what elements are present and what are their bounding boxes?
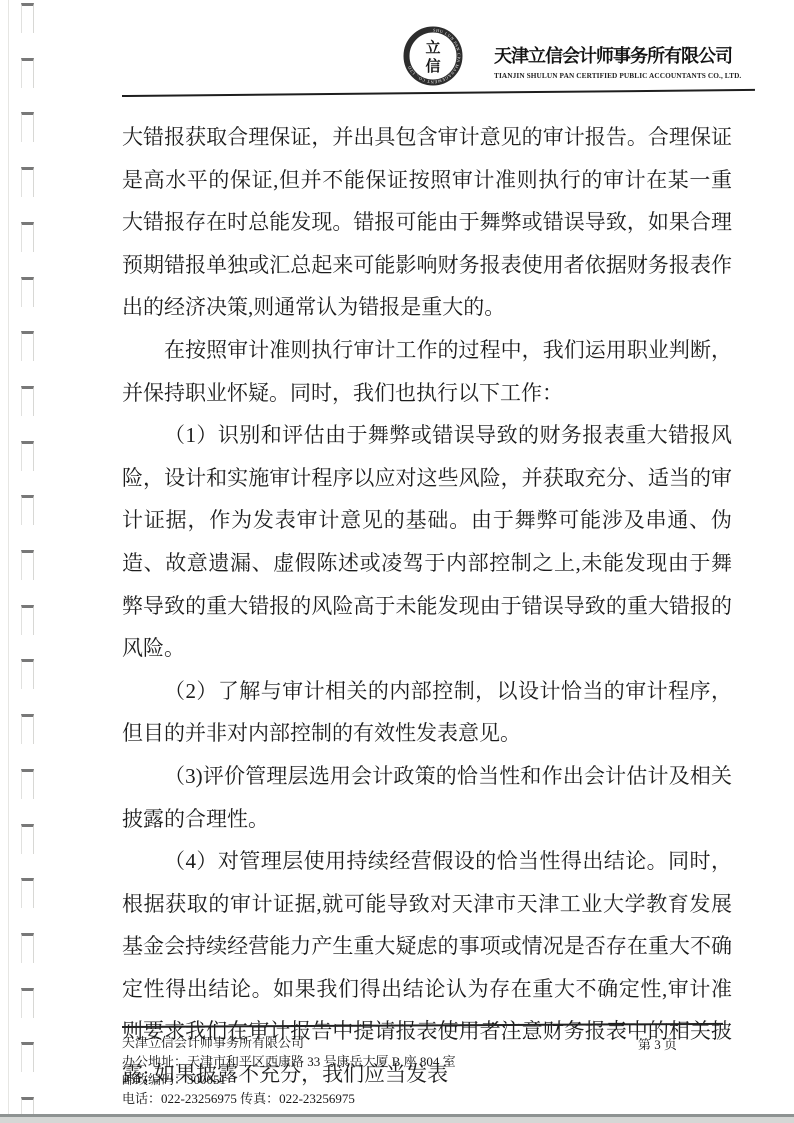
- page-number: 第 3 页: [638, 1034, 677, 1053]
- footer-company: 天津立信会计师事务所有限公司: [122, 1034, 642, 1053]
- paragraph-reasonable-assurance: 大错报获取合理保证，并出具包含审计意见的审计报告。合理保证是高水平的保证,但并不…: [122, 116, 732, 329]
- binding-mark: [21, 222, 34, 252]
- letterhead: 天津立信会计师事务所有限公司 TIANJIN SHULUN PAN CERTIF…: [494, 42, 716, 80]
- binding-mark: [21, 331, 34, 361]
- footer-postal-code: 邮政编码：300051: [122, 1071, 642, 1090]
- scan-bottom-shade: [0, 1117, 794, 1123]
- binding-mark: [21, 1042, 34, 1072]
- scanned-document-page: SHU LUN PAN CPA MANAGEMENT CO., LTD 立 信 …: [0, 0, 794, 1123]
- paragraph-item-2: （2）了解与审计相关的内部控制，以设计恰当的审计程序，但目的并非对内部控制的有效…: [122, 670, 732, 755]
- page-edge-shadow: [8, 0, 9, 1114]
- paragraph-professional-judgment: 在按照审计准则执行审计工作的过程中，我们运用职业判断，并保持职业怀疑。同时，我们…: [122, 329, 732, 414]
- binding-mark: [21, 3, 34, 33]
- binding-mark: [21, 988, 34, 1018]
- binding-mark: [21, 277, 34, 307]
- binding-mark: [21, 659, 34, 689]
- binding-mark: [21, 714, 34, 744]
- seal-char-bottom: 信: [425, 57, 440, 75]
- footer-contact-block: 天津立信会计师事务所有限公司 办公地址：天津市和平区西康路 33 号康岳大厦 B…: [122, 1034, 642, 1108]
- binding-mark: [21, 605, 34, 635]
- binding-mark: [21, 495, 34, 525]
- seal-char-top: 立: [425, 39, 440, 57]
- binding-mark: [21, 878, 34, 908]
- binding-mark: [21, 386, 34, 416]
- binding-mark: [21, 769, 34, 799]
- company-seal-icon: SHU LUN PAN CPA MANAGEMENT CO., LTD 立 信: [403, 26, 463, 86]
- binding-mark: [21, 112, 34, 142]
- header-rule: [122, 89, 755, 97]
- footer-address: 办公地址：天津市和平区西康路 33 号康岳大厦 B 座 804 室: [122, 1053, 642, 1072]
- binding-mark: [21, 824, 34, 854]
- paragraph-item-1: （1）识别和评估由于舞弊或错误导致的财务报表重大错报风险，设计和实施审计程序以应…: [122, 414, 732, 670]
- binding-mark: [21, 167, 34, 197]
- footer-phone-fax: 电话：022-23256975 传真：022-23256975: [122, 1090, 642, 1109]
- company-name-en: TIANJIN SHULUN PAN CERTIFIED PUBLIC ACCO…: [494, 71, 716, 80]
- binding-mark: [21, 550, 34, 580]
- paragraph-item-3: （3)评价管理层选用会计政策的恰当性和作出会计估计及相关披露的合理性。: [122, 755, 732, 840]
- company-name-zh: 天津立信会计师事务所有限公司: [494, 42, 716, 68]
- audit-report-body: 大错报获取合理保证，并出具包含审计意见的审计报告。合理保证是高水平的保证,但并不…: [122, 116, 732, 1096]
- binding-mark: [21, 441, 34, 471]
- binding-mark: [21, 58, 34, 88]
- binding-mark: [21, 933, 34, 963]
